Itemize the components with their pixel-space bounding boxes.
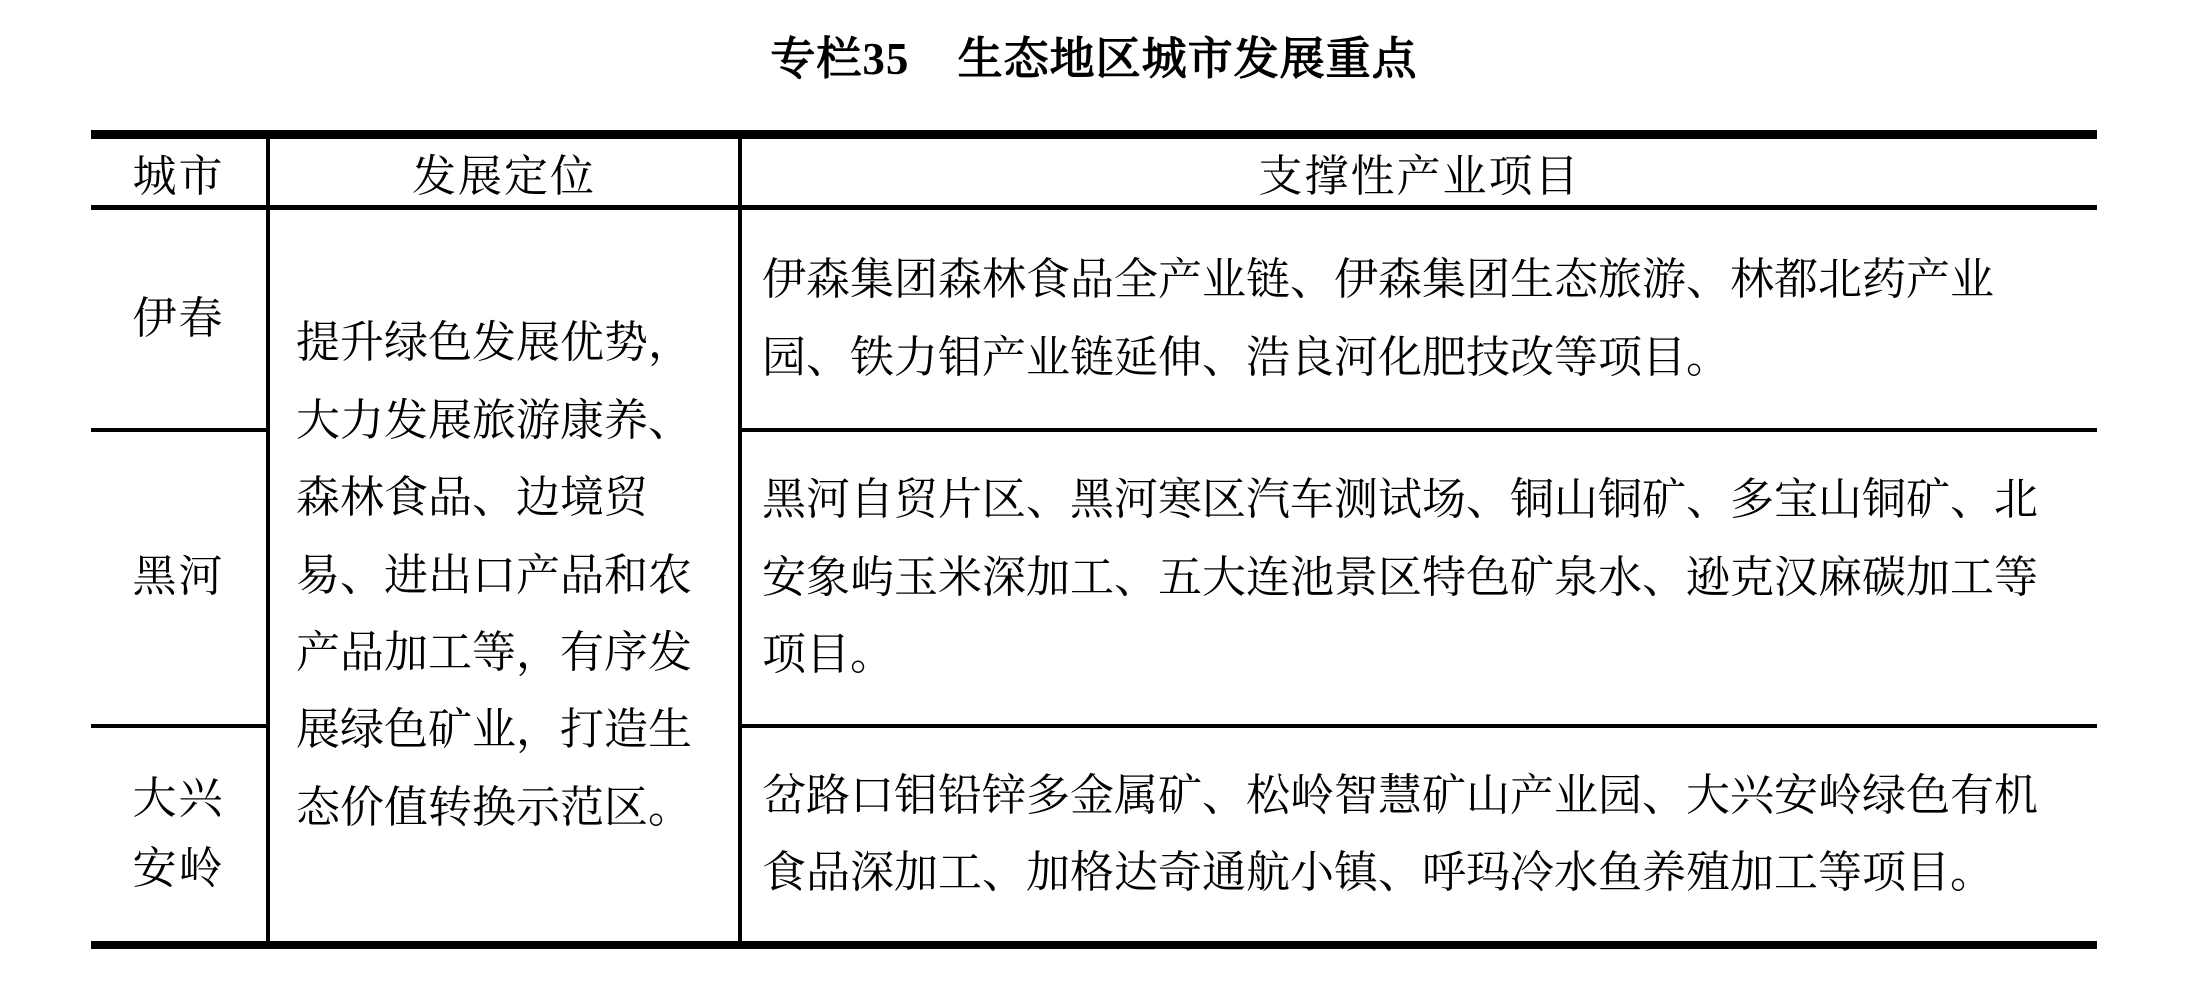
city-cell: 伊春 bbox=[91, 208, 268, 430]
projects-cell: 岔路口钼铅锌多金属矿、松岭智慧矿山产业园、大兴安岭绿色有机食品深加工、加格达奇通… bbox=[740, 726, 2097, 945]
box-title: 专栏35 生态地区城市发展重点 bbox=[91, 22, 2097, 87]
positioning-cell: 提升绿色发展优势，大力发展旅游康养、森林食品、边境贸易、进出口产品和农产品加工等… bbox=[268, 208, 740, 945]
header-row: 城市 发展定位 支撑性产业项目 bbox=[91, 135, 2097, 208]
document-page: 专栏35 生态地区城市发展重点 城市 发展定位 支撑性产业项目 伊春 提升绿色发… bbox=[0, 0, 2196, 987]
column-header-city: 城市 bbox=[91, 135, 268, 208]
column-header-projects: 支撑性产业项目 bbox=[740, 135, 2097, 208]
city-development-table: 城市 发展定位 支撑性产业项目 伊春 提升绿色发展优势，大力发展旅游康养、森林食… bbox=[91, 130, 2097, 949]
projects-cell: 伊森集团森林食品全产业链、伊森集团生态旅游、林都北药产业园、铁力钼产业链延伸、浩… bbox=[740, 208, 2097, 430]
table-row: 伊春 提升绿色发展优势，大力发展旅游康养、森林食品、边境贸易、进出口产品和农产品… bbox=[91, 208, 2097, 430]
projects-cell: 黑河自贸片区、黑河寒区汽车测试场、铜山铜矿、多宝山铜矿、北安象屿玉米深加工、五大… bbox=[740, 430, 2097, 726]
column-header-positioning: 发展定位 bbox=[268, 135, 740, 208]
box-title-label: 专栏35 bbox=[770, 22, 909, 87]
box-title-text: 生态地区城市发展重点 bbox=[958, 22, 1418, 87]
city-cell: 黑河 bbox=[91, 430, 268, 726]
city-cell: 大兴 安岭 bbox=[91, 726, 268, 945]
